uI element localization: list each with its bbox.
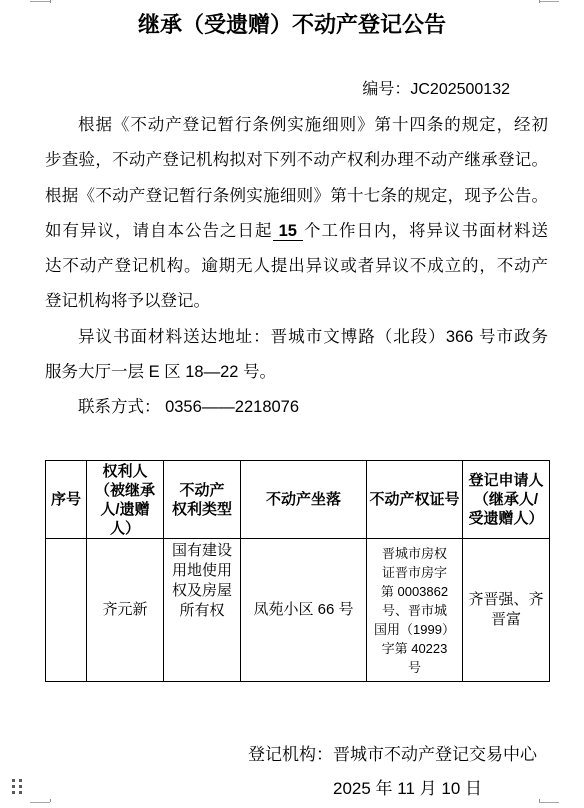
- cell-property-location: 凤苑小区 66 号: [241, 539, 367, 682]
- document-page[interactable]: 继承（受遗赠）不动产登记公告 编号：JC202500132 根据《不动产登记暂行…: [0, 0, 584, 808]
- body-line-segment: 如有异议，请自本公告之日起: [45, 222, 273, 240]
- cell-right-type: 国有建设 用地使用 权及房屋 所有权: [164, 539, 241, 682]
- issue-date-line: 2025 年 11 月 10 日: [0, 774, 482, 799]
- registry-agency-line: 登记机构：晋城市不动产登记交易中心: [0, 740, 537, 765]
- table-row: 齐元新 国有建设 用地使用 权及房屋 所有权 凤苑小区 66 号 晋城市房权 证…: [46, 539, 550, 682]
- doc-number-line: 编号：JC202500132: [362, 76, 510, 99]
- doc-number-label: 编号：: [362, 81, 410, 98]
- cell-serial-no: [46, 539, 87, 682]
- contact-line: 联系方式： 0356——2218076: [45, 390, 548, 425]
- cell-right-holder: 齐元新: [87, 539, 164, 682]
- cell-applicant: 齐晋强、齐 晋富: [463, 539, 550, 682]
- cell-certificate-no: 晋城市房权 证晋市房字 第 0003862 号、晋市城 国用（1999） 字第 …: [367, 539, 463, 682]
- body-line: 根据《不动产登记暂行条例实施细则》第十七条的规定，现予公告。: [45, 179, 548, 214]
- header-right-holder: 权利人 （被继承 人/遗赠 人）: [87, 461, 164, 539]
- drag-handle-icon[interactable]: [12, 779, 22, 794]
- header-applicant: 登记申请人 （继承人/ 受遗赠人）: [463, 461, 550, 539]
- body-line: 达不动产登记机构。逾期无人提出异议或者异议不成立的，不动产: [45, 249, 548, 284]
- body-line: 异议书面材料送达地址：晋城市文博路（北段）366 号市政务: [45, 320, 548, 355]
- body-line-segment: 个工作日内，将异议书面材料送: [303, 222, 548, 240]
- objection-deadline-days: 15: [273, 222, 303, 241]
- notice-body: 根据《不动产登记暂行条例实施细则》第十四条的规定，经初 步查验，不动产登记机构拟…: [45, 108, 548, 426]
- header-right-type: 不动产 权利类型: [164, 461, 241, 539]
- body-line: 根据《不动产登记暂行条例实施细则》第十四条的规定，经初: [45, 108, 548, 143]
- header-serial-no: 序号: [46, 461, 87, 539]
- body-line: 步查验，不动产登记机构拟对下列不动产权利办理不动产继承登记。: [45, 143, 548, 178]
- header-certificate-no: 不动产权证号: [367, 461, 463, 539]
- page-title: 继承（受遗赠）不动产登记公告: [0, 8, 584, 39]
- registration-table: 序号 权利人 （被继承 人/遗赠 人） 不动产 权利类型 不动产坐落 不动产权证…: [45, 460, 550, 682]
- body-line: 如有异议，请自本公告之日起15个工作日内，将异议书面材料送: [45, 214, 548, 249]
- header-property-location: 不动产坐落: [241, 461, 367, 539]
- table-header-row: 序号 权利人 （被继承 人/遗赠 人） 不动产 权利类型 不动产坐落 不动产权证…: [46, 461, 550, 539]
- body-line: 登记机构将予以登记。: [45, 284, 548, 319]
- body-line: 服务大厅一层 E 区 18—22 号。: [45, 355, 548, 390]
- doc-number-value: JC202500132: [410, 81, 510, 98]
